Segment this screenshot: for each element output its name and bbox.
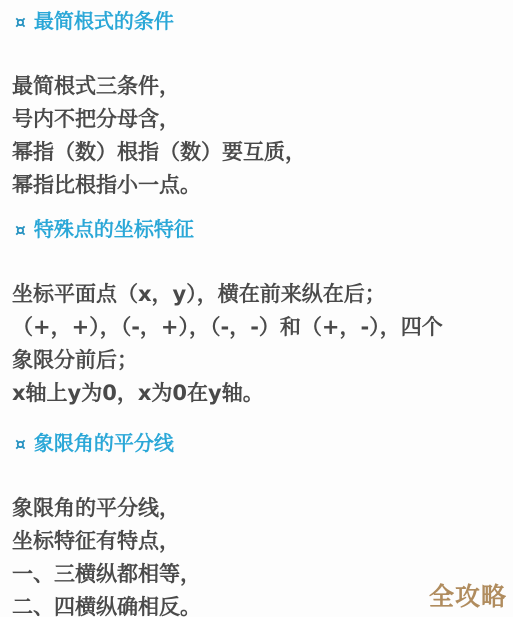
notes-page: ¤ 最简根式的条件 最简根式三条件， 号内不把分母含， 幂指（数）根指（数）要互…: [0, 0, 513, 617]
verse-line: 坐标特征有特点，: [12, 525, 513, 558]
section-body-special-points: 坐标平面点（x，y），横在前来纵在后； （+，+），（-，+），（-，-）和（+…: [0, 278, 513, 410]
verse-line: （+，+），（-，+），（-，-）和（+，-），四个: [12, 311, 513, 344]
currency-bullet-icon: ¤: [15, 432, 26, 458]
section-title: 最简根式的条件: [34, 8, 174, 34]
section-heading-simplest-radical: ¤ 最简根式的条件: [0, 8, 513, 36]
section-title: 象限角的平分线: [34, 430, 174, 456]
currency-bullet-icon: ¤: [15, 218, 26, 244]
verse-line: 号内不把分母含，: [12, 103, 513, 136]
section-heading-special-points: ¤ 特殊点的坐标特征: [0, 216, 513, 244]
section-heading-quadrant-bisector: ¤ 象限角的平分线: [0, 430, 513, 458]
verse-line: 最简根式三条件，: [12, 70, 513, 103]
watermark-quangonglue: 全攻略: [429, 577, 507, 613]
verse-line: 坐标平面点（x，y），横在前来纵在后；: [12, 278, 513, 311]
currency-bullet-icon: ¤: [15, 10, 26, 36]
verse-line: 象限分前后；: [12, 344, 513, 377]
section-title: 特殊点的坐标特征: [34, 216, 194, 242]
section-body-simplest-radical: 最简根式三条件， 号内不把分母含， 幂指（数）根指（数）要互质， 幂指比根指小一…: [0, 70, 513, 202]
verse-line: 象限角的平分线，: [12, 492, 513, 525]
verse-line: 幂指（数）根指（数）要互质，: [12, 136, 513, 169]
verse-line: 幂指比根指小一点。: [12, 169, 513, 202]
verse-line: x轴上y为0，x为0在y轴。: [12, 377, 513, 410]
